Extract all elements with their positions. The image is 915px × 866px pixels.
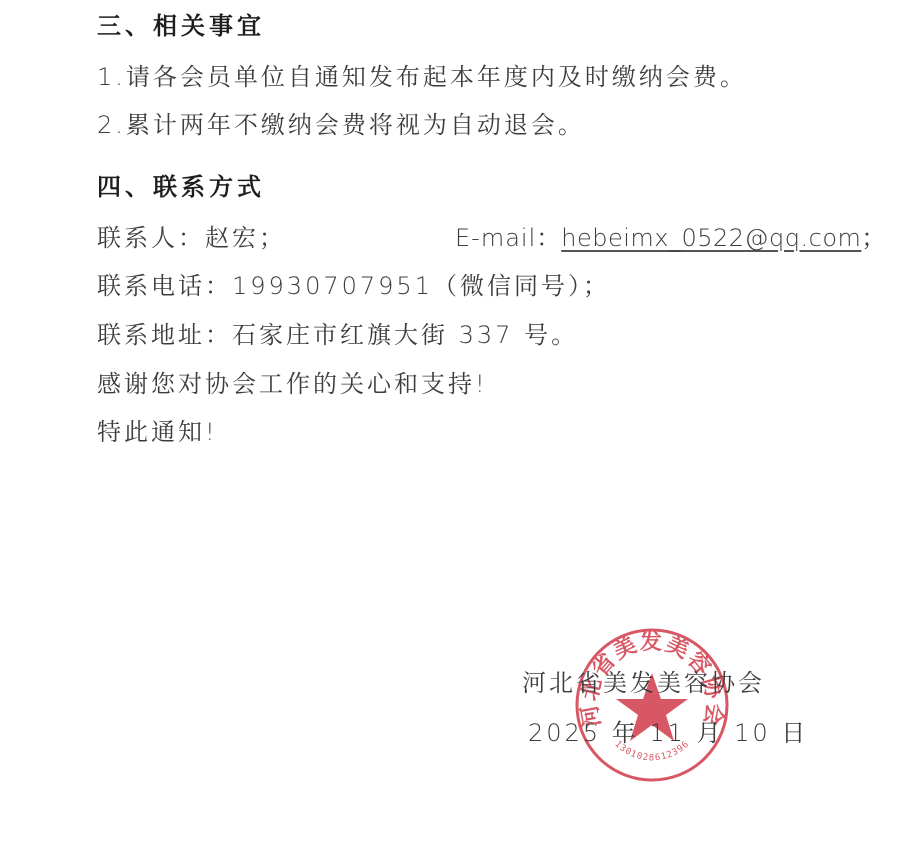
contact-row: 联系人：赵宏； E-mail：hebeimx_0522@qq.com； [97,223,857,253]
signature-date: 2025 年 11 月 10 日 [528,718,808,748]
document-page: 三、相关事宜 1.请各会员单位自通知发布起本年度内及时缴纳会费。 2.累计两年不… [0,0,915,866]
section3-item-2: 2.累计两年不缴纳会费将视为自动退会。 [97,110,585,140]
official-seal-stamp: 河北省美发美容协会 1301028612396 [574,627,730,783]
signature-organization: 河北省美发美容协会 [522,668,765,698]
email-label: E-mail： [455,224,561,252]
email-link[interactable]: hebeimx_0522@qq.com [561,224,861,252]
contact-phone: 联系电话：19930707951（微信同号）； [97,271,610,301]
section3-heading: 三、相关事宜 [97,11,265,41]
contact-address: 联系地址：石家庄市红旗大街 337 号。 [97,320,578,350]
contact-person: 联系人：赵宏； [97,224,286,252]
email-suffix: ； [861,224,886,252]
email-row: E-mail：hebeimx_0522@qq.com； [455,223,886,253]
section3-item-1: 1.请各会员单位自通知发布起本年度内及时缴纳会费。 [97,62,747,92]
closing-notice: 特此通知! [97,417,218,447]
closing-thanks: 感谢您对协会工作的关心和支持! [97,369,488,399]
section4-heading: 四、联系方式 [97,172,265,202]
